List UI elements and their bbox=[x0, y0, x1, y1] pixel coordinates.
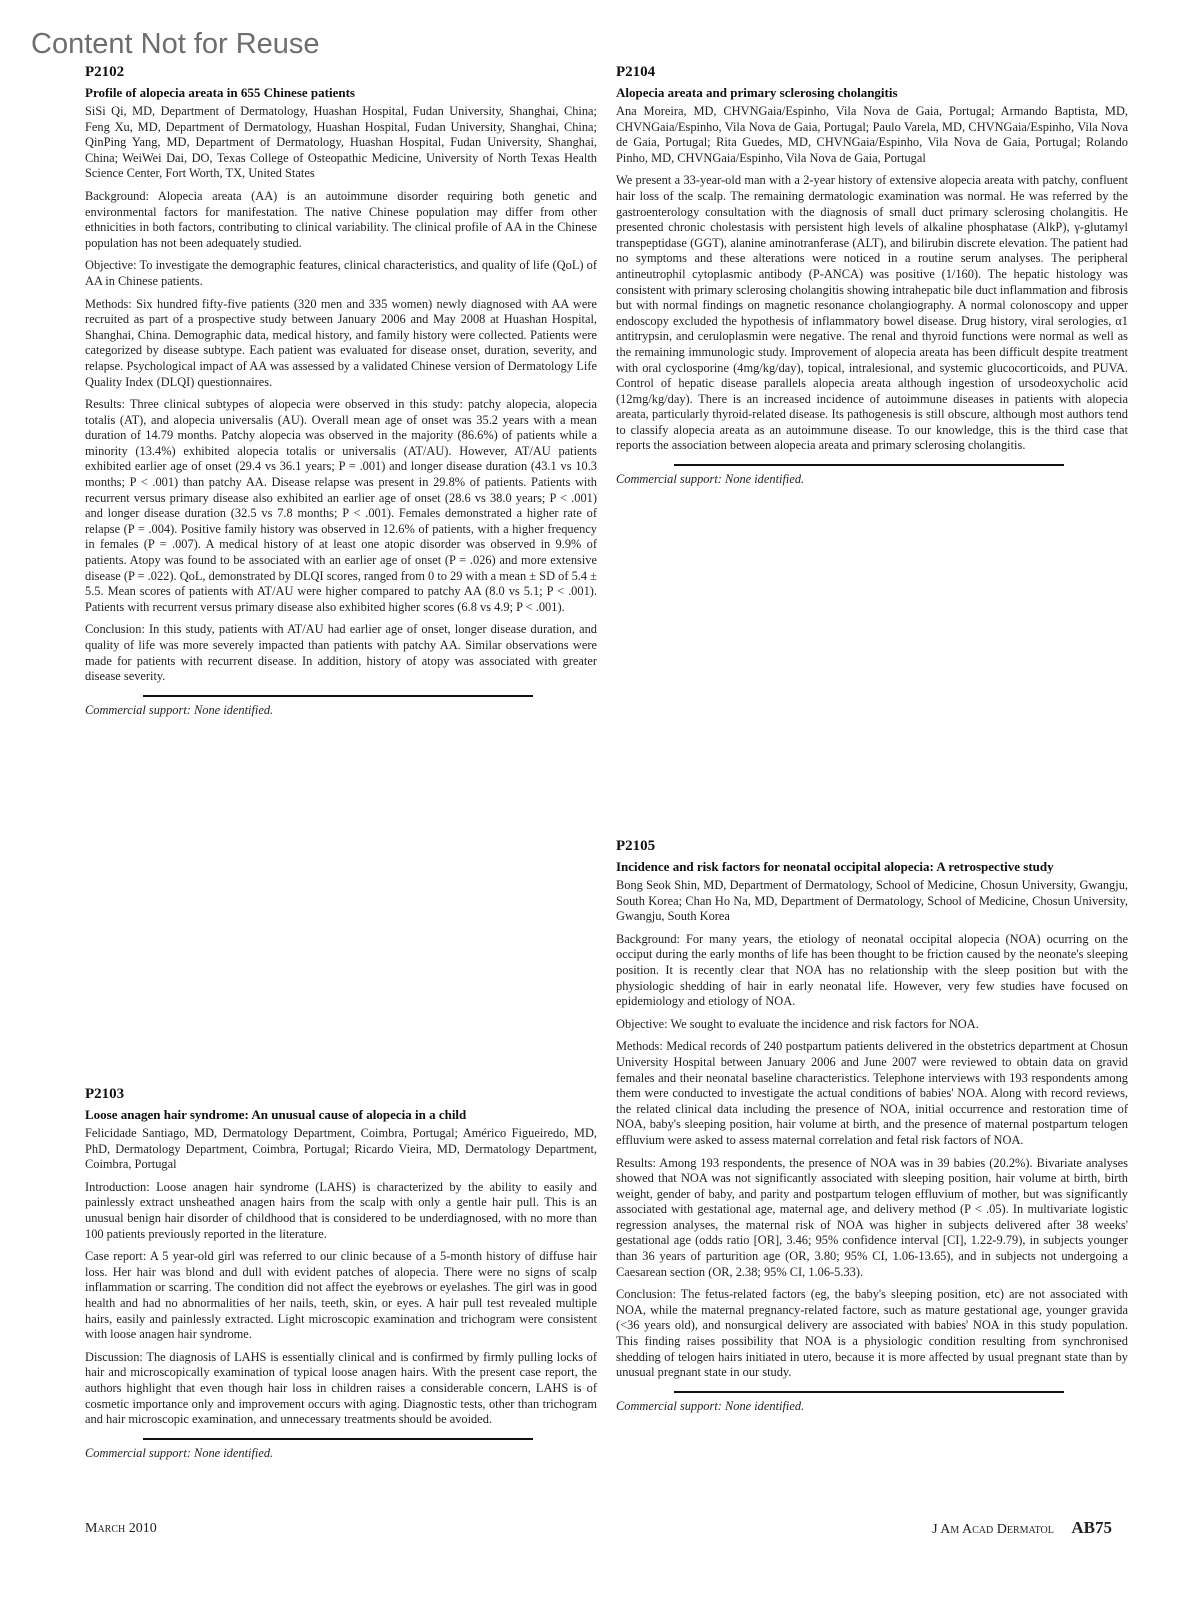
abstract-authors: SiSi Qi, MD, Department of Dermatology, … bbox=[85, 104, 597, 182]
abstract-authors: Ana Moreira, MD, CHVNGaia/Espinho, Vila … bbox=[616, 104, 1128, 166]
divider-rule bbox=[143, 695, 533, 697]
abstract-results: Results: Among 193 respondents, the pres… bbox=[616, 1156, 1128, 1281]
abstract-objective: Objective: We sought to evaluate the inc… bbox=[616, 1017, 1128, 1033]
commercial-support: Commercial support: None identified. bbox=[85, 703, 597, 719]
abstract-title: Profile of alopecia areata in 655 Chines… bbox=[85, 85, 597, 101]
abstract-conclusion: Conclusion: In this study, patients with… bbox=[85, 622, 597, 684]
divider-rule bbox=[143, 1438, 533, 1440]
abstract-title: Loose anagen hair syndrome: An unusual c… bbox=[85, 1107, 597, 1123]
abstract-authors: Felicidade Santiago, MD, Dermatology Dep… bbox=[85, 1126, 597, 1173]
abstract-title: Incidence and risk factors for neonatal … bbox=[616, 859, 1128, 875]
abstract-results: Results: Three clinical subtypes of alop… bbox=[85, 397, 597, 615]
divider-rule bbox=[674, 1391, 1064, 1393]
abstract-id: P2104 bbox=[616, 64, 1128, 81]
abstract-p2104: P2104 Alopecia areata and primary sclero… bbox=[616, 64, 1128, 488]
abstract-id: P2102 bbox=[85, 64, 597, 81]
journal-name: J Am Acad Dermatol bbox=[932, 1522, 1054, 1537]
page-number: AB75 bbox=[1071, 1518, 1112, 1537]
abstract-conclusion: Conclusion: The fetus-related factors (e… bbox=[616, 1287, 1128, 1381]
abstract-background: Background: Alopecia areata (AA) is an a… bbox=[85, 189, 597, 251]
footer-date: March 2010 bbox=[85, 1521, 157, 1537]
abstract-methods: Methods: Medical records of 240 postpart… bbox=[616, 1039, 1128, 1148]
abstract-body: We present a 33-year-old man with a 2-ye… bbox=[616, 173, 1128, 454]
commercial-support: Commercial support: None identified. bbox=[616, 472, 1128, 488]
abstract-p2102: P2102 Profile of alopecia areata in 655 … bbox=[85, 64, 597, 718]
abstract-introduction: Introduction: Loose anagen hair syndrome… bbox=[85, 1180, 597, 1242]
commercial-support: Commercial support: None identified. bbox=[616, 1399, 1128, 1415]
footer-journal-info: J Am Acad Dermatol AB75 bbox=[932, 1518, 1112, 1538]
watermark: Content Not for Reuse bbox=[31, 30, 320, 59]
abstract-title: Alopecia areata and primary sclerosing c… bbox=[616, 85, 1128, 101]
abstract-objective: Objective: To investigate the demographi… bbox=[85, 258, 597, 289]
divider-rule bbox=[674, 464, 1064, 466]
abstract-id: P2105 bbox=[616, 838, 1128, 855]
abstract-methods: Methods: Six hundred fifty-five patients… bbox=[85, 297, 597, 391]
abstract-authors: Bong Seok Shin, MD, Department of Dermat… bbox=[616, 878, 1128, 925]
abstract-discussion: Discussion: The diagnosis of LAHS is ess… bbox=[85, 1350, 597, 1428]
abstract-p2103: P2103 Loose anagen hair syndrome: An unu… bbox=[85, 1086, 597, 1461]
abstract-id: P2103 bbox=[85, 1086, 597, 1103]
abstract-case-report: Case report: A 5 year-old girl was refer… bbox=[85, 1249, 597, 1343]
abstract-p2105: P2105 Incidence and risk factors for neo… bbox=[616, 838, 1128, 1414]
abstract-background: Background: For many years, the etiology… bbox=[616, 932, 1128, 1010]
commercial-support: Commercial support: None identified. bbox=[85, 1446, 597, 1462]
